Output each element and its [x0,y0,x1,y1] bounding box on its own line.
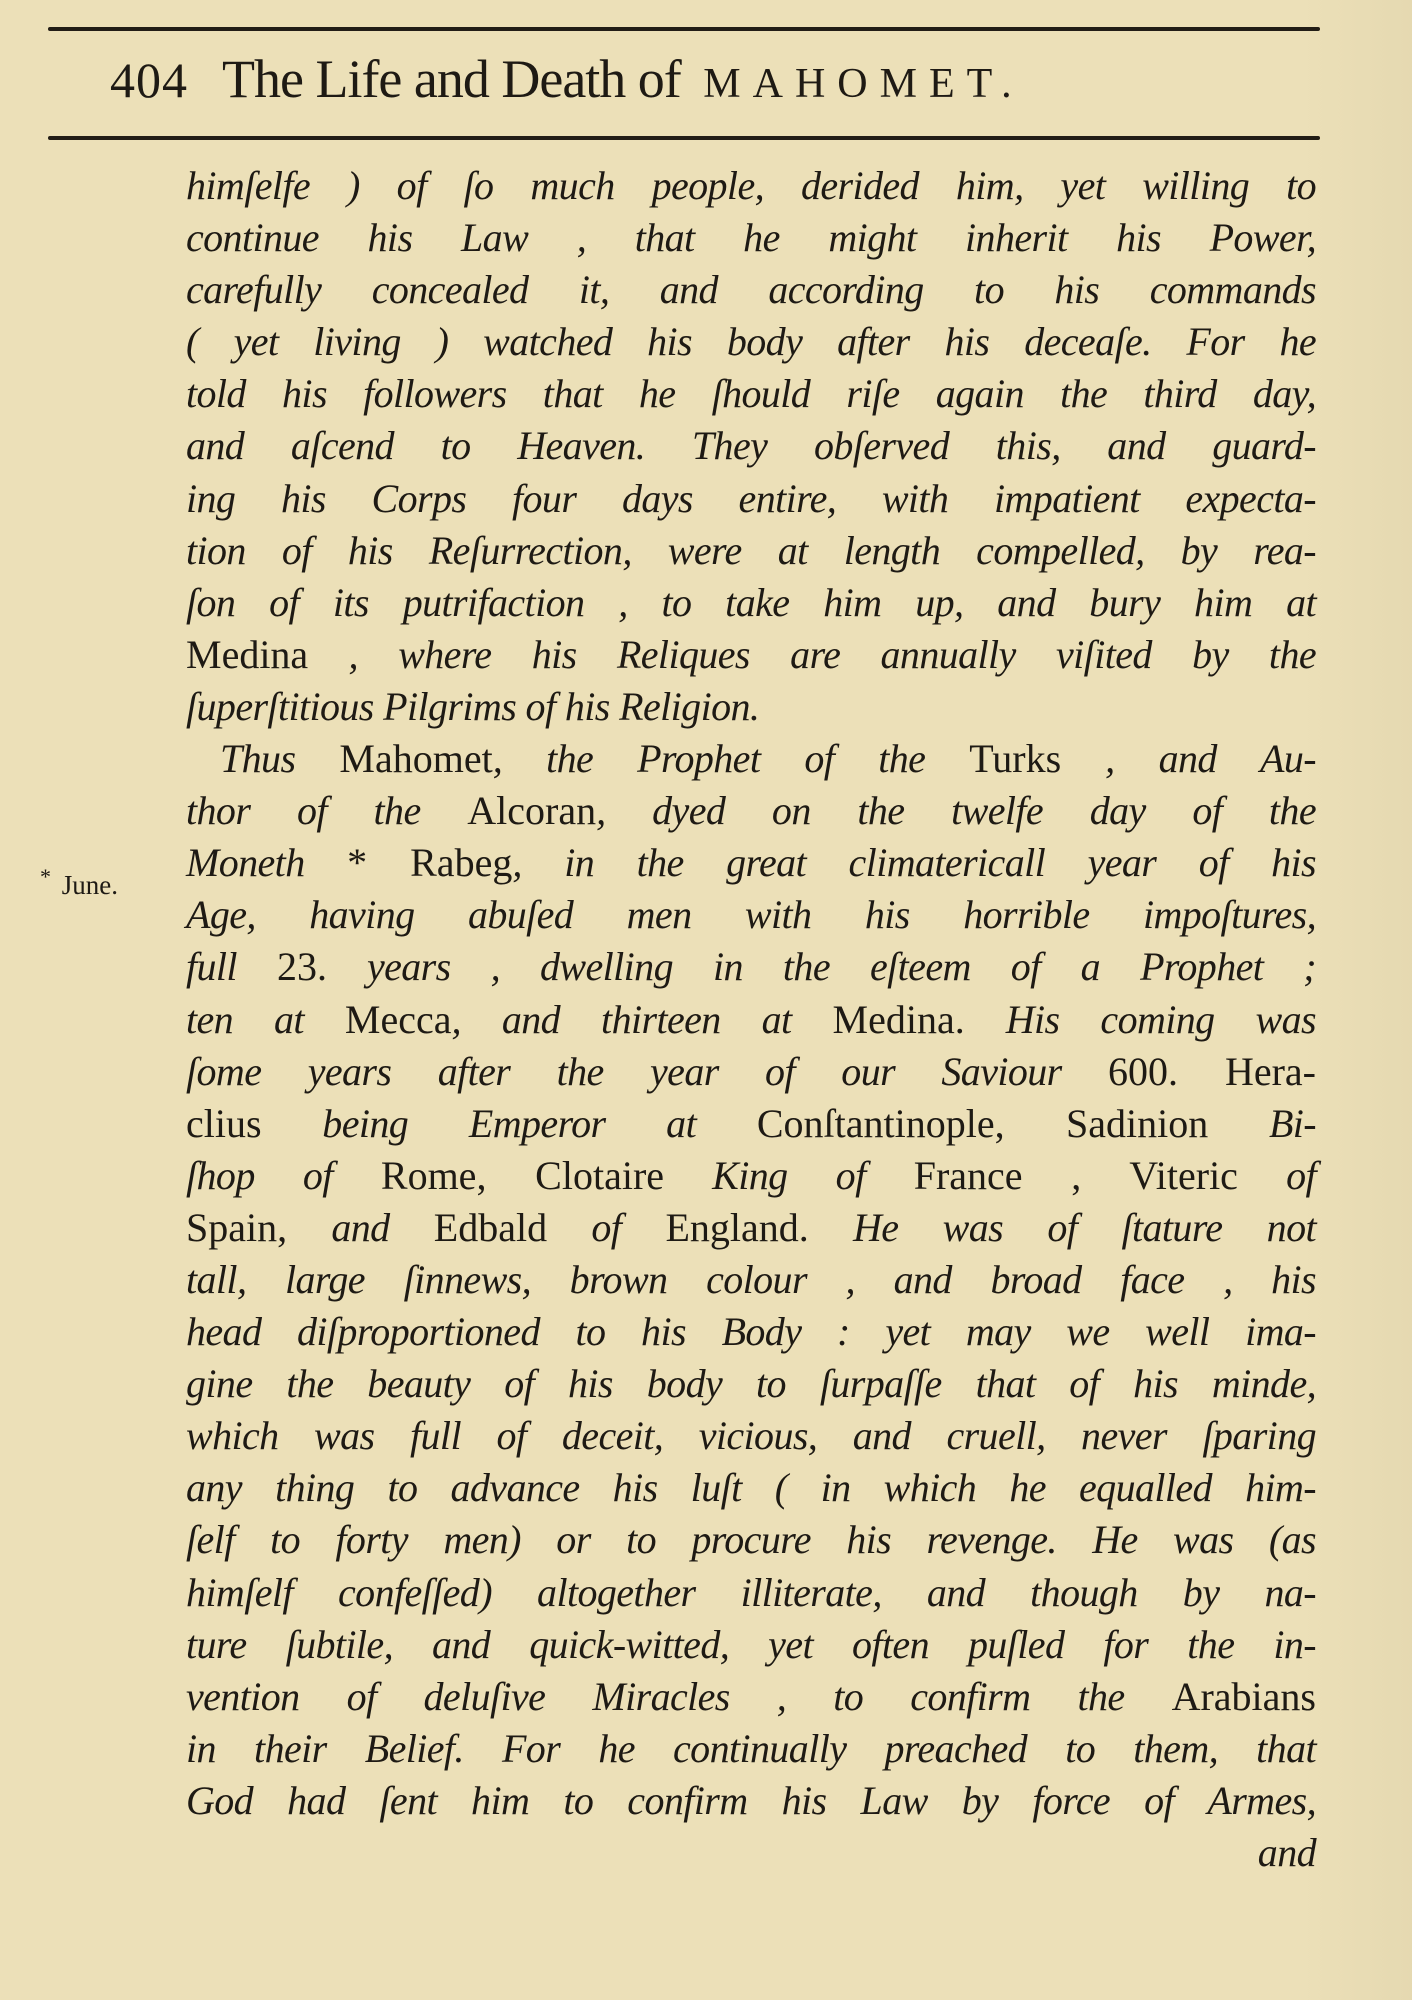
text-line: head diſproportioned to his Body : yet m… [186,1306,1316,1358]
italic-text: ſhop of [186,1153,381,1198]
text-line: himſelfe ) of ſo much people, derided hi… [186,160,1316,212]
text-line: Medina , where his Reliques are annually… [186,629,1316,681]
text-line: ſon of its putrifaction , to take him up… [186,577,1316,629]
text-line: which was full of deceit, vicious, and c… [186,1410,1316,1462]
italic-text: ten at [186,997,345,1042]
italic-text: himſelfe ) of ſo much people, derided hi… [186,163,1316,208]
italic-text: any thing to advance his luſt ( in which… [186,1465,1316,1510]
italic-text: ſuperſtitious Pilgrims of his Religion. [186,684,759,729]
book-page: 404 The Life and Death of MAHOMET. * Jun… [0,0,1412,2000]
roman-text: Mecca [345,997,452,1042]
italic-text: King of [664,1153,914,1198]
italic-text: being Emperor at [262,1101,757,1146]
italic-text: carefully concealed it, and according to… [186,267,1316,312]
italic-text: in their Belief. For he continually prea… [186,1726,1316,1771]
running-title: The Life and Death of MAHOMET. [222,48,1024,110]
roman-text: Medina. [833,997,965,1042]
italic-text: Thus [220,736,339,781]
roman-text: Spain, [186,1205,287,1250]
text-line: tall, large ſinnews, brown colour , and … [186,1254,1316,1306]
text-line: ſelf to forty men) or to procure his rev… [186,1514,1316,1566]
text-line: thor of the Alcoran, dyed on the twelfe … [186,785,1316,837]
italic-text: of [1238,1153,1316,1198]
text-line: Moneth * Rabeg, in the great climaterica… [186,837,1316,889]
italic-text: told his followers that he ſhould riſe a… [186,371,1316,416]
italic-text: , and thirteen at [452,997,833,1042]
running-title-main: The Life and Death of [222,49,681,109]
roman-text: Conſtantinople, Sadinion [757,1101,1208,1146]
italic-text: , the Prophet of the [493,736,970,781]
italic-text: ſon of its putrifaction , to take him up… [186,580,1316,625]
asterisk-mark: * [40,864,51,889]
text-line: himſelf confeſſed) altogether illiterate… [186,1567,1316,1619]
text-line: clius being Emperor at Conſtantinople, S… [186,1098,1316,1150]
italic-text: ing his Corps four days entire, with imp… [186,476,1316,521]
text-line: tion of his Reſurrection, were at length… [186,525,1316,577]
italic-text: Bi- [1208,1101,1316,1146]
roman-text: France , Viteric [914,1153,1238,1198]
text-line: ture ſubtile, and quick-witted, yet ofte… [186,1619,1316,1671]
italic-text: ( yet living ) watched his body after hi… [186,319,1316,364]
text-line: ſuperſtitious Pilgrims of his Religion. [186,681,1316,733]
roman-text: Mahomet [339,736,492,781]
text-line: and [186,1827,1316,1879]
italic-text: full [186,944,277,989]
italic-text: His coming was [965,997,1316,1042]
text-line: ( yet living ) watched his body after hi… [186,316,1316,368]
running-title-name: MAHOMET. [703,61,1023,107]
header-rule-bottom [48,136,1320,140]
italic-text: ſome years after the year of our Saviour [186,1049,1108,1094]
text-line: ing his Corps four days entire, with imp… [186,473,1316,525]
roman-text: 600. Hera- [1108,1049,1316,1094]
roman-text: 23. [277,944,327,989]
italic-text: thor of the [186,788,467,833]
italic-text: vention of deluſive Miracles , to confir… [186,1674,1172,1719]
italic-text: and [287,1205,434,1250]
text-line: ſome years after the year of our Saviour… [186,1046,1316,1098]
body-text: himſelfe ) of ſo much people, derided hi… [186,160,1316,1879]
italic-text: gine the beauty of his body to ſurpaſſe … [186,1361,1316,1406]
margin-note: * June. [40,864,118,901]
italic-text: tall, large ſinnews, brown colour , and … [186,1257,1316,1302]
text-line: ſhop of Rome, Clotaire King of France , … [186,1150,1316,1202]
text-line: carefully concealed it, and according to… [186,264,1316,316]
italic-text: years , dwelling in the eſteem of a Prop… [327,944,1316,989]
roman-text: Edbald [434,1205,547,1250]
text-line: continue his Law , that he might inherit… [186,212,1316,264]
italic-text: Age, having abuſed men with his horrible… [186,892,1316,937]
italic-text: himſelf confeſſed) altogether illiterate… [186,1570,1316,1615]
italic-text: , in the great climatericall year of his [512,840,1316,885]
italic-text: He was of ſtature not [809,1205,1316,1250]
roman-text: * Rabeg [347,840,512,885]
italic-text: , and Au- [1061,736,1316,781]
italic-text: head diſproportioned to his Body : yet m… [186,1309,1316,1354]
text-line: full 23. years , dwelling in the eſteem … [186,941,1316,993]
italic-text: and aſcend to Heaven. They obſerved this… [186,423,1316,468]
roman-text: Alcoran [467,788,596,833]
italic-text: of [547,1205,665,1250]
roman-text: Medina [186,632,308,677]
italic-text: continue his Law , that he might inherit… [186,215,1316,260]
text-line: any thing to advance his luſt ( in which… [186,1462,1316,1514]
text-line: Thus Mahomet, the Prophet of the Turks ,… [186,733,1316,785]
roman-text: Rome, Clotaire [381,1153,664,1198]
italic-text: , dyed on the twelfe day of the [596,788,1316,833]
text-line: ten at Mecca, and thirteen at Medina. Hi… [186,994,1316,1046]
text-line: vention of deluſive Miracles , to confir… [186,1671,1316,1723]
italic-text: , where his Reliques are annually viſite… [308,632,1316,677]
roman-text: clius [186,1101,262,1146]
italic-text: Moneth [186,840,347,885]
margin-note-text: June. [62,870,118,900]
running-header: 404 The Life and Death of MAHOMET. [110,48,1024,128]
roman-text: Arabians [1172,1674,1316,1719]
roman-text: Turks [969,736,1061,781]
text-line: Age, having abuſed men with his horrible… [186,889,1316,941]
italic-text: God had ſent him to confirm his Law by f… [186,1778,1316,1823]
header-rule-top [48,27,1320,31]
italic-text: and [1258,1830,1316,1875]
text-line: in their Belief. For he continually prea… [186,1723,1316,1775]
text-line: told his followers that he ſhould riſe a… [186,368,1316,420]
italic-text: ture ſubtile, and quick-witted, yet ofte… [186,1622,1316,1667]
roman-text: England. [665,1205,808,1250]
text-line: Spain, and Edbald of England. He was of … [186,1202,1316,1254]
text-line: God had ſent him to confirm his Law by f… [186,1775,1316,1827]
italic-text: which was full of deceit, vicious, and c… [186,1413,1316,1458]
italic-text: ſelf to forty men) or to procure his rev… [186,1517,1316,1562]
text-line: gine the beauty of his body to ſurpaſſe … [186,1358,1316,1410]
text-line: and aſcend to Heaven. They obſerved this… [186,420,1316,472]
italic-text: tion of his Reſurrection, were at length… [186,528,1316,573]
page-number: 404 [110,51,188,109]
